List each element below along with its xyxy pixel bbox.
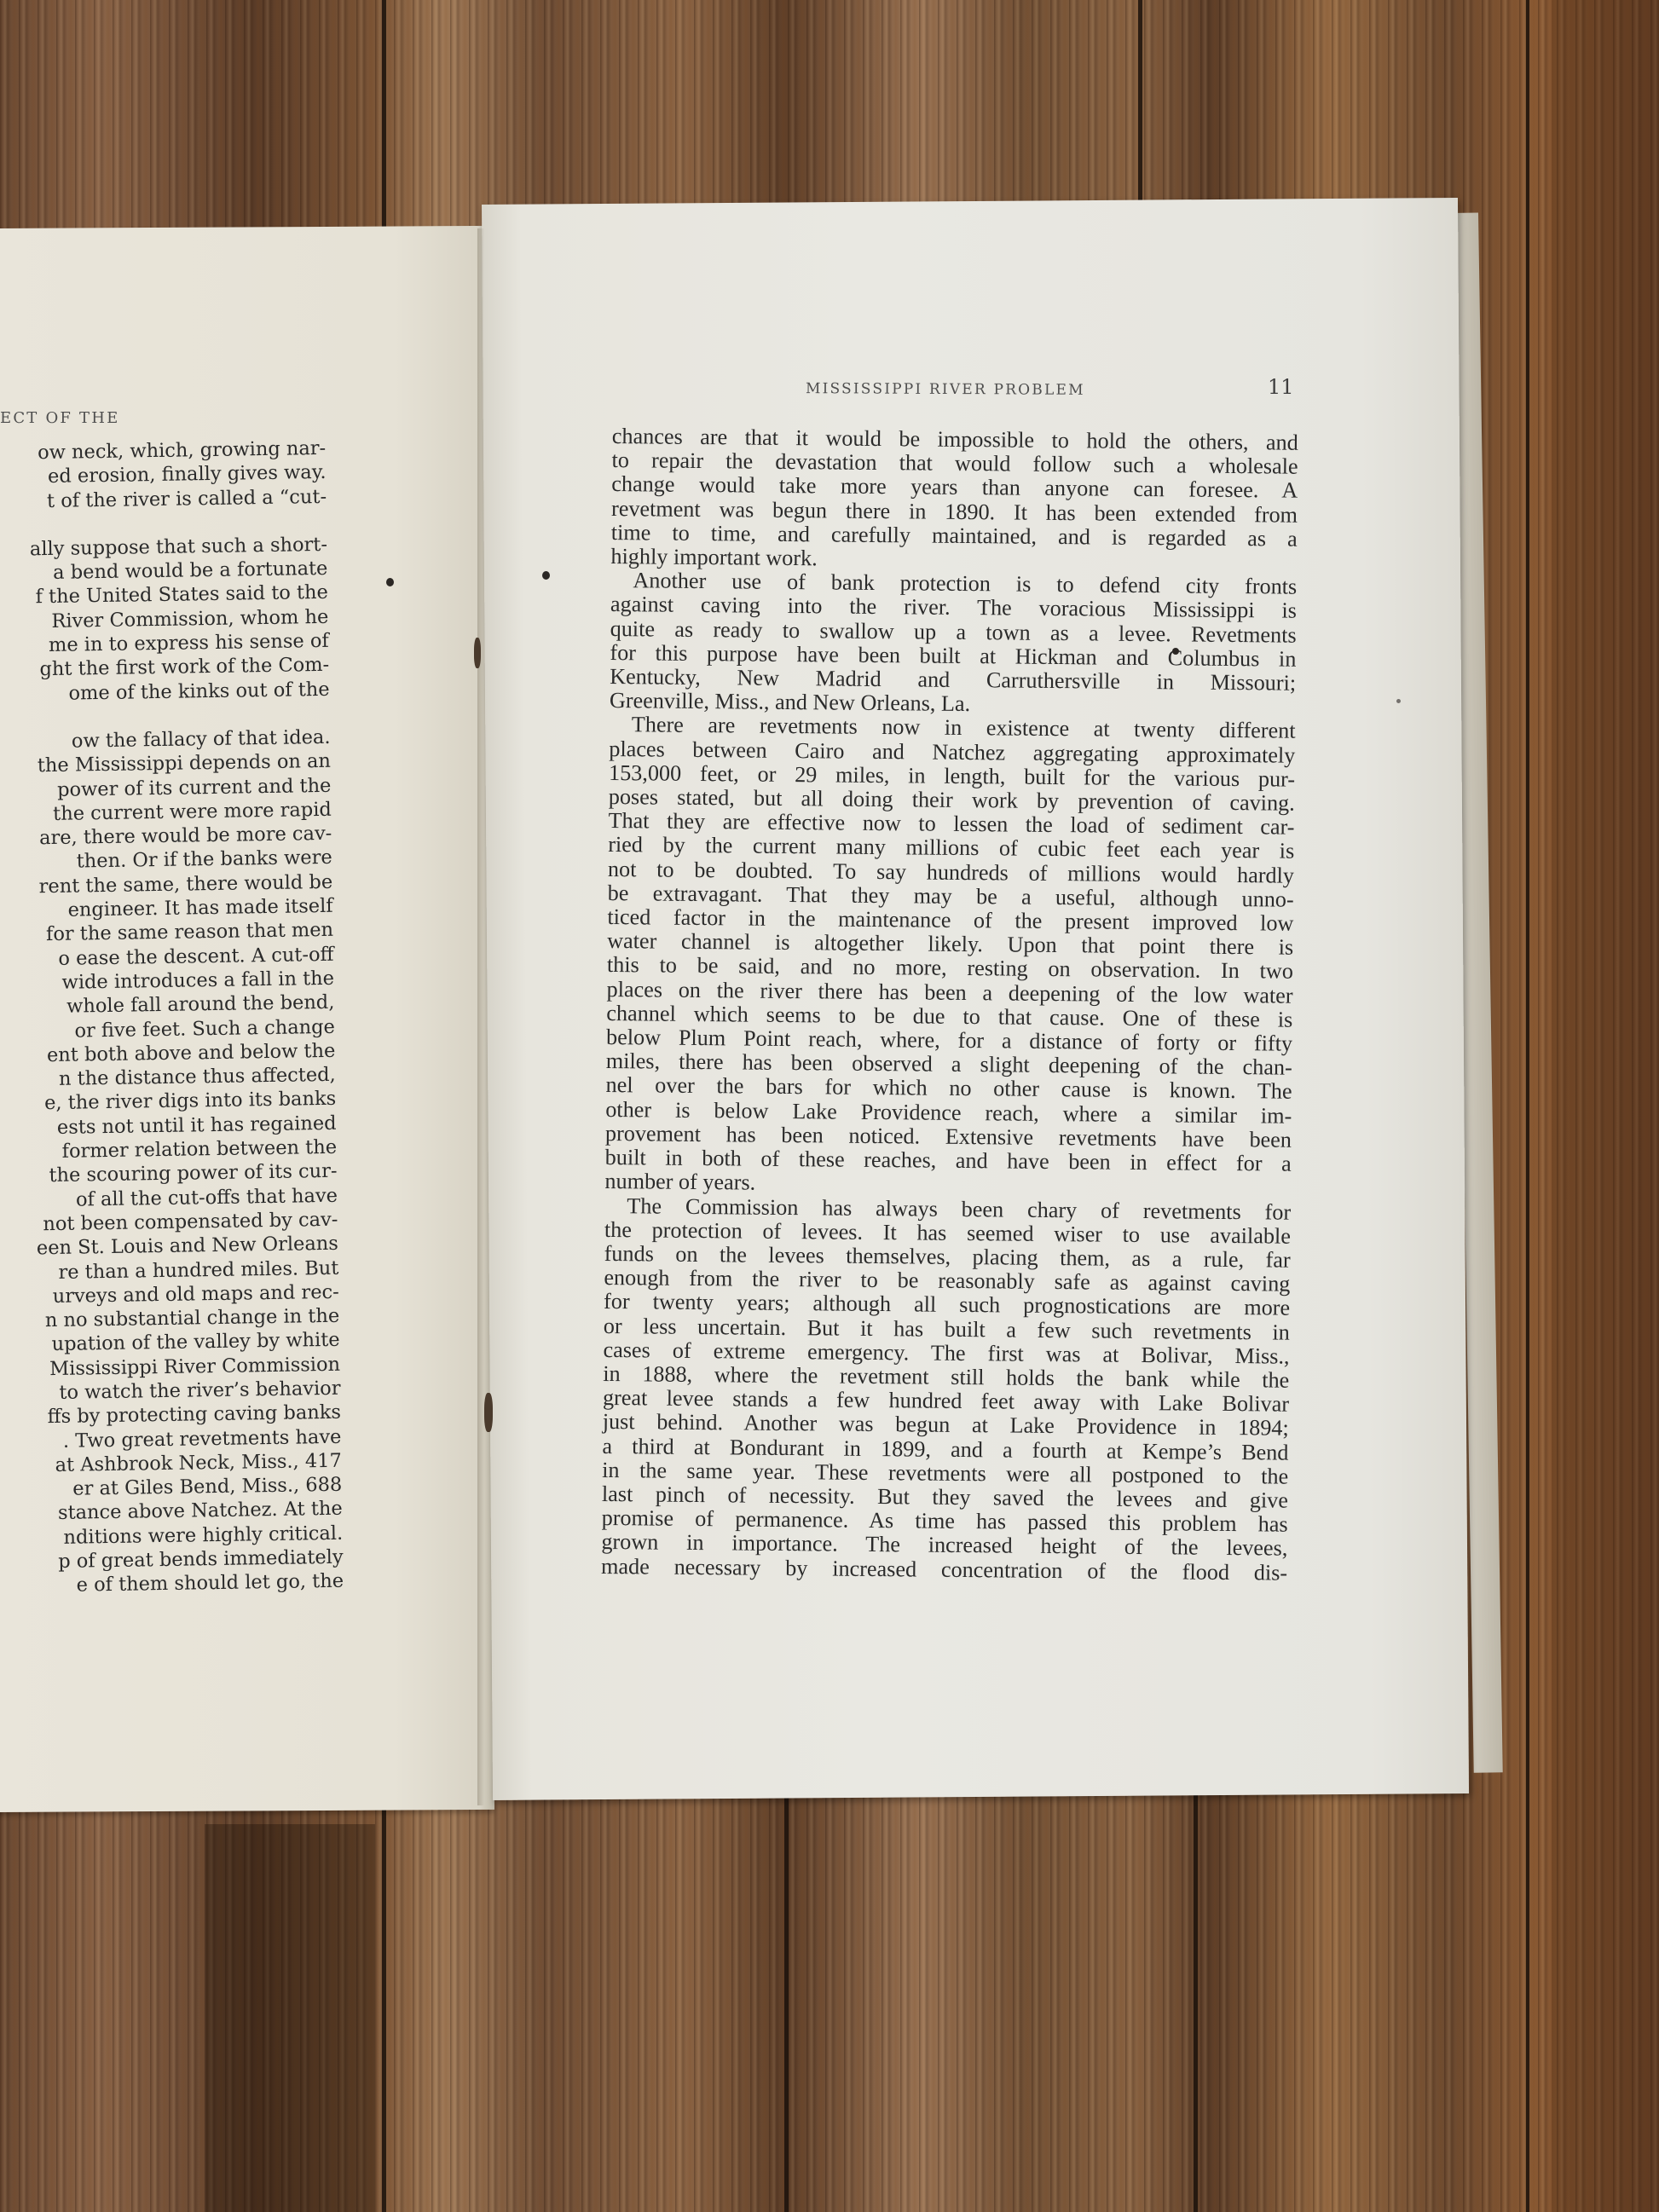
floor-plank-gap [1526, 0, 1529, 2212]
left-running-head: ECT OF THE [0, 409, 119, 427]
wood-shadow [205, 1824, 375, 2212]
wood-shadow [1552, 0, 1659, 2212]
paper-hole [1396, 699, 1401, 703]
left-page-body: ow neck, which, growing nar-ed erosion, … [0, 436, 344, 1599]
right-page-body: chances are that it would be impossible … [601, 424, 1298, 1585]
floor-plank-gap [1194, 1782, 1198, 2212]
binding-stain [474, 638, 481, 668]
binding-stain [484, 1393, 493, 1432]
paper-hole [386, 578, 394, 586]
paper-hole [542, 571, 550, 580]
floor-plank-gap [1138, 0, 1142, 222]
book-gutter [477, 228, 484, 1805]
right-running-head: MISSISSIPPI RIVER PROBLEM [806, 380, 1085, 399]
paper-hole [1172, 648, 1179, 655]
floor-plank-gap [784, 1790, 789, 2212]
page-number: 11 [1268, 375, 1294, 399]
